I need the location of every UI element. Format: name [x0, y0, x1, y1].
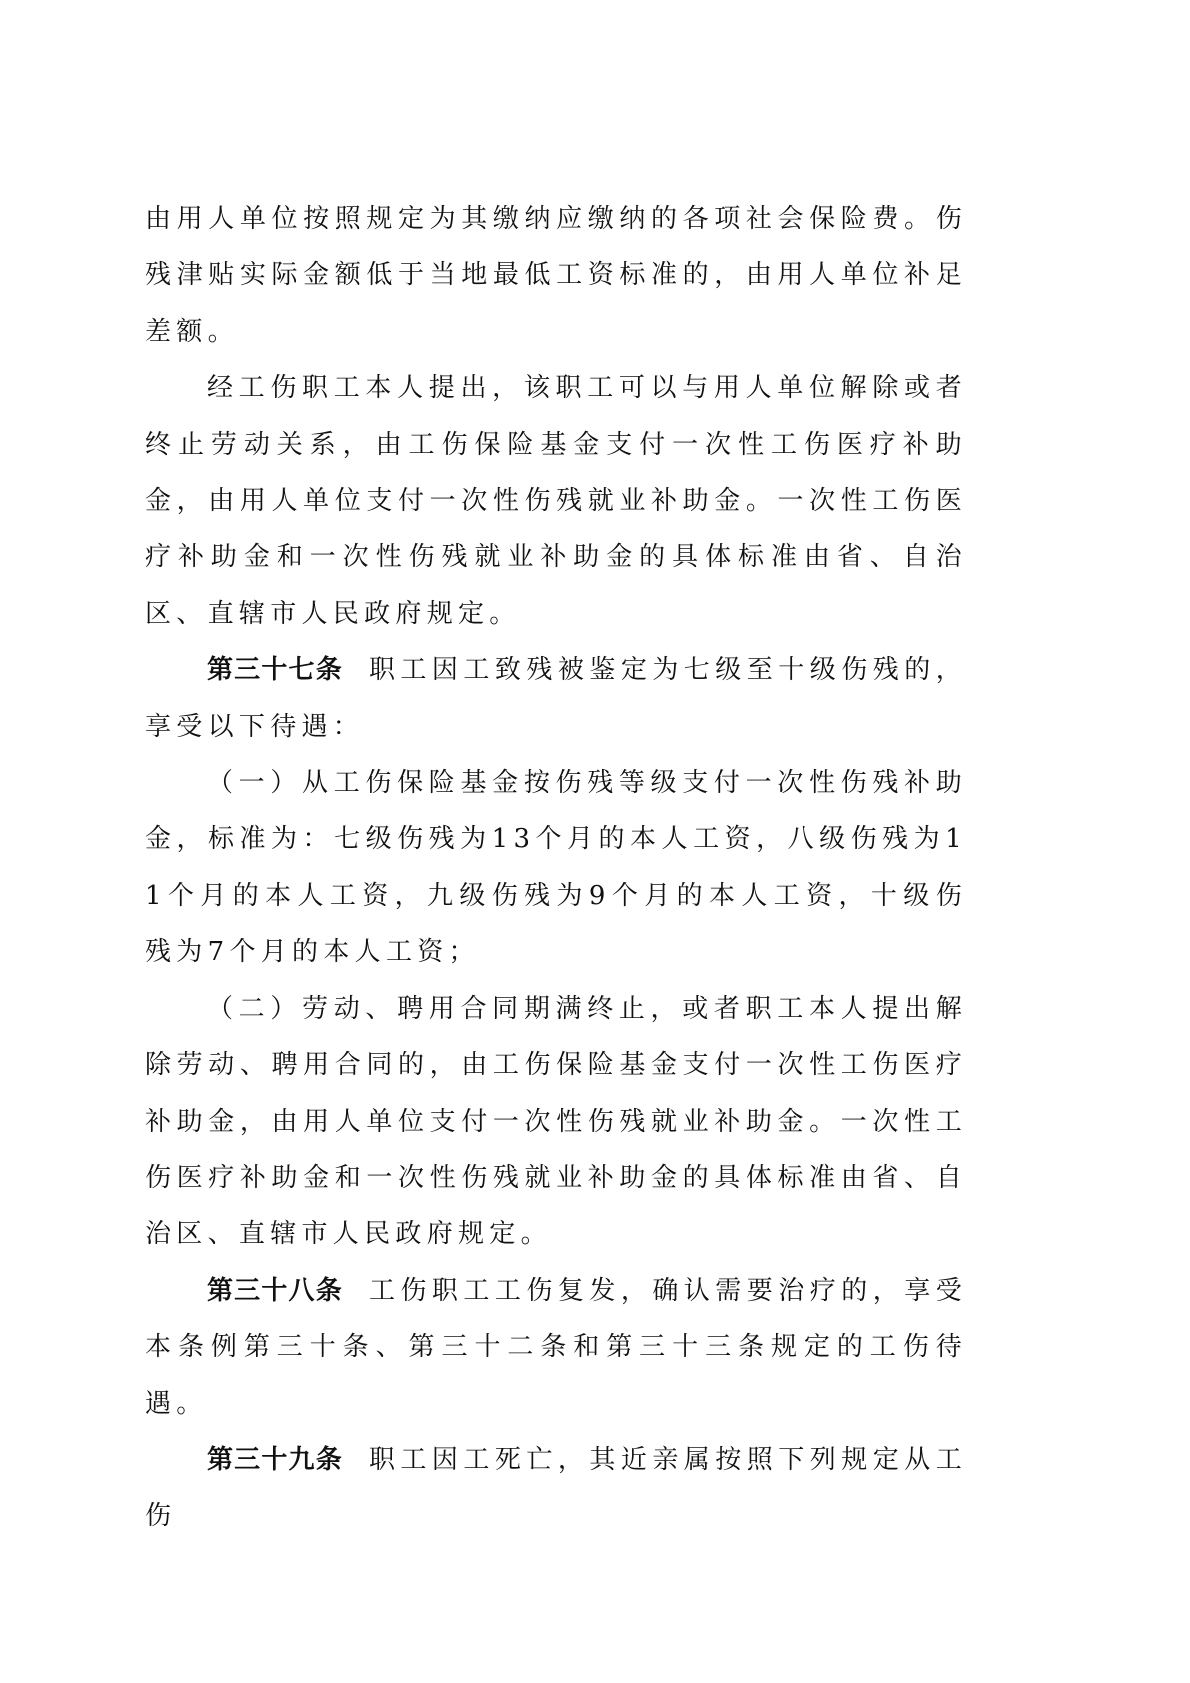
- article-37-item-2: （二）劳动、聘用合同期满终止，或者职工本人提出解除劳动、聘用合同的，由工伤保险基…: [145, 981, 967, 1263]
- paragraph-termination-option: 经工伤职工本人提出，该职工可以与用人单位解除或者终止劳动关系，由工伤保险基金支付…: [145, 360, 967, 642]
- article-heading: 第三十九条: [207, 1445, 343, 1475]
- document-page: 由用人单位按照规定为其缴纳应缴纳的各项社会保险费。伤残津贴实际金额低于当地最低工…: [145, 191, 967, 1545]
- paragraph-text: 由用人单位按照规定为其缴纳应缴纳的各项社会保险费。伤残津贴实际金额低于当地最低工…: [145, 204, 967, 347]
- article-39: 第三十九条职工因工死亡，其近亲属按照下列规定从工伤: [145, 1432, 967, 1545]
- article-37: 第三十七条职工因工致残被鉴定为七级至十级伤残的，享受以下待遇：: [145, 642, 967, 755]
- article-heading: 第三十七条: [207, 655, 343, 685]
- article-heading: 第三十八条: [207, 1276, 343, 1306]
- paragraph-continuation: 由用人单位按照规定为其缴纳应缴纳的各项社会保险费。伤残津贴实际金额低于当地最低工…: [145, 191, 967, 360]
- article-37-item-1: （一）从工伤保险基金按伤残等级支付一次性伤残补助金，标准为：七级伤残为13个月的…: [145, 755, 967, 981]
- paragraph-text: （一）从工伤保险基金按伤残等级支付一次性伤残补助金，标准为：七级伤残为13个月的…: [145, 768, 967, 967]
- paragraph-text: 经工伤职工本人提出，该职工可以与用人单位解除或者终止劳动关系，由工伤保险基金支付…: [145, 373, 967, 629]
- article-38: 第三十八条工伤职工工伤复发，确认需要治疗的，享受本条例第三十条、第三十二条和第三…: [145, 1263, 967, 1432]
- paragraph-text: （二）劳动、聘用合同期满终止，或者职工本人提出解除劳动、聘用合同的，由工伤保险基…: [145, 994, 967, 1250]
